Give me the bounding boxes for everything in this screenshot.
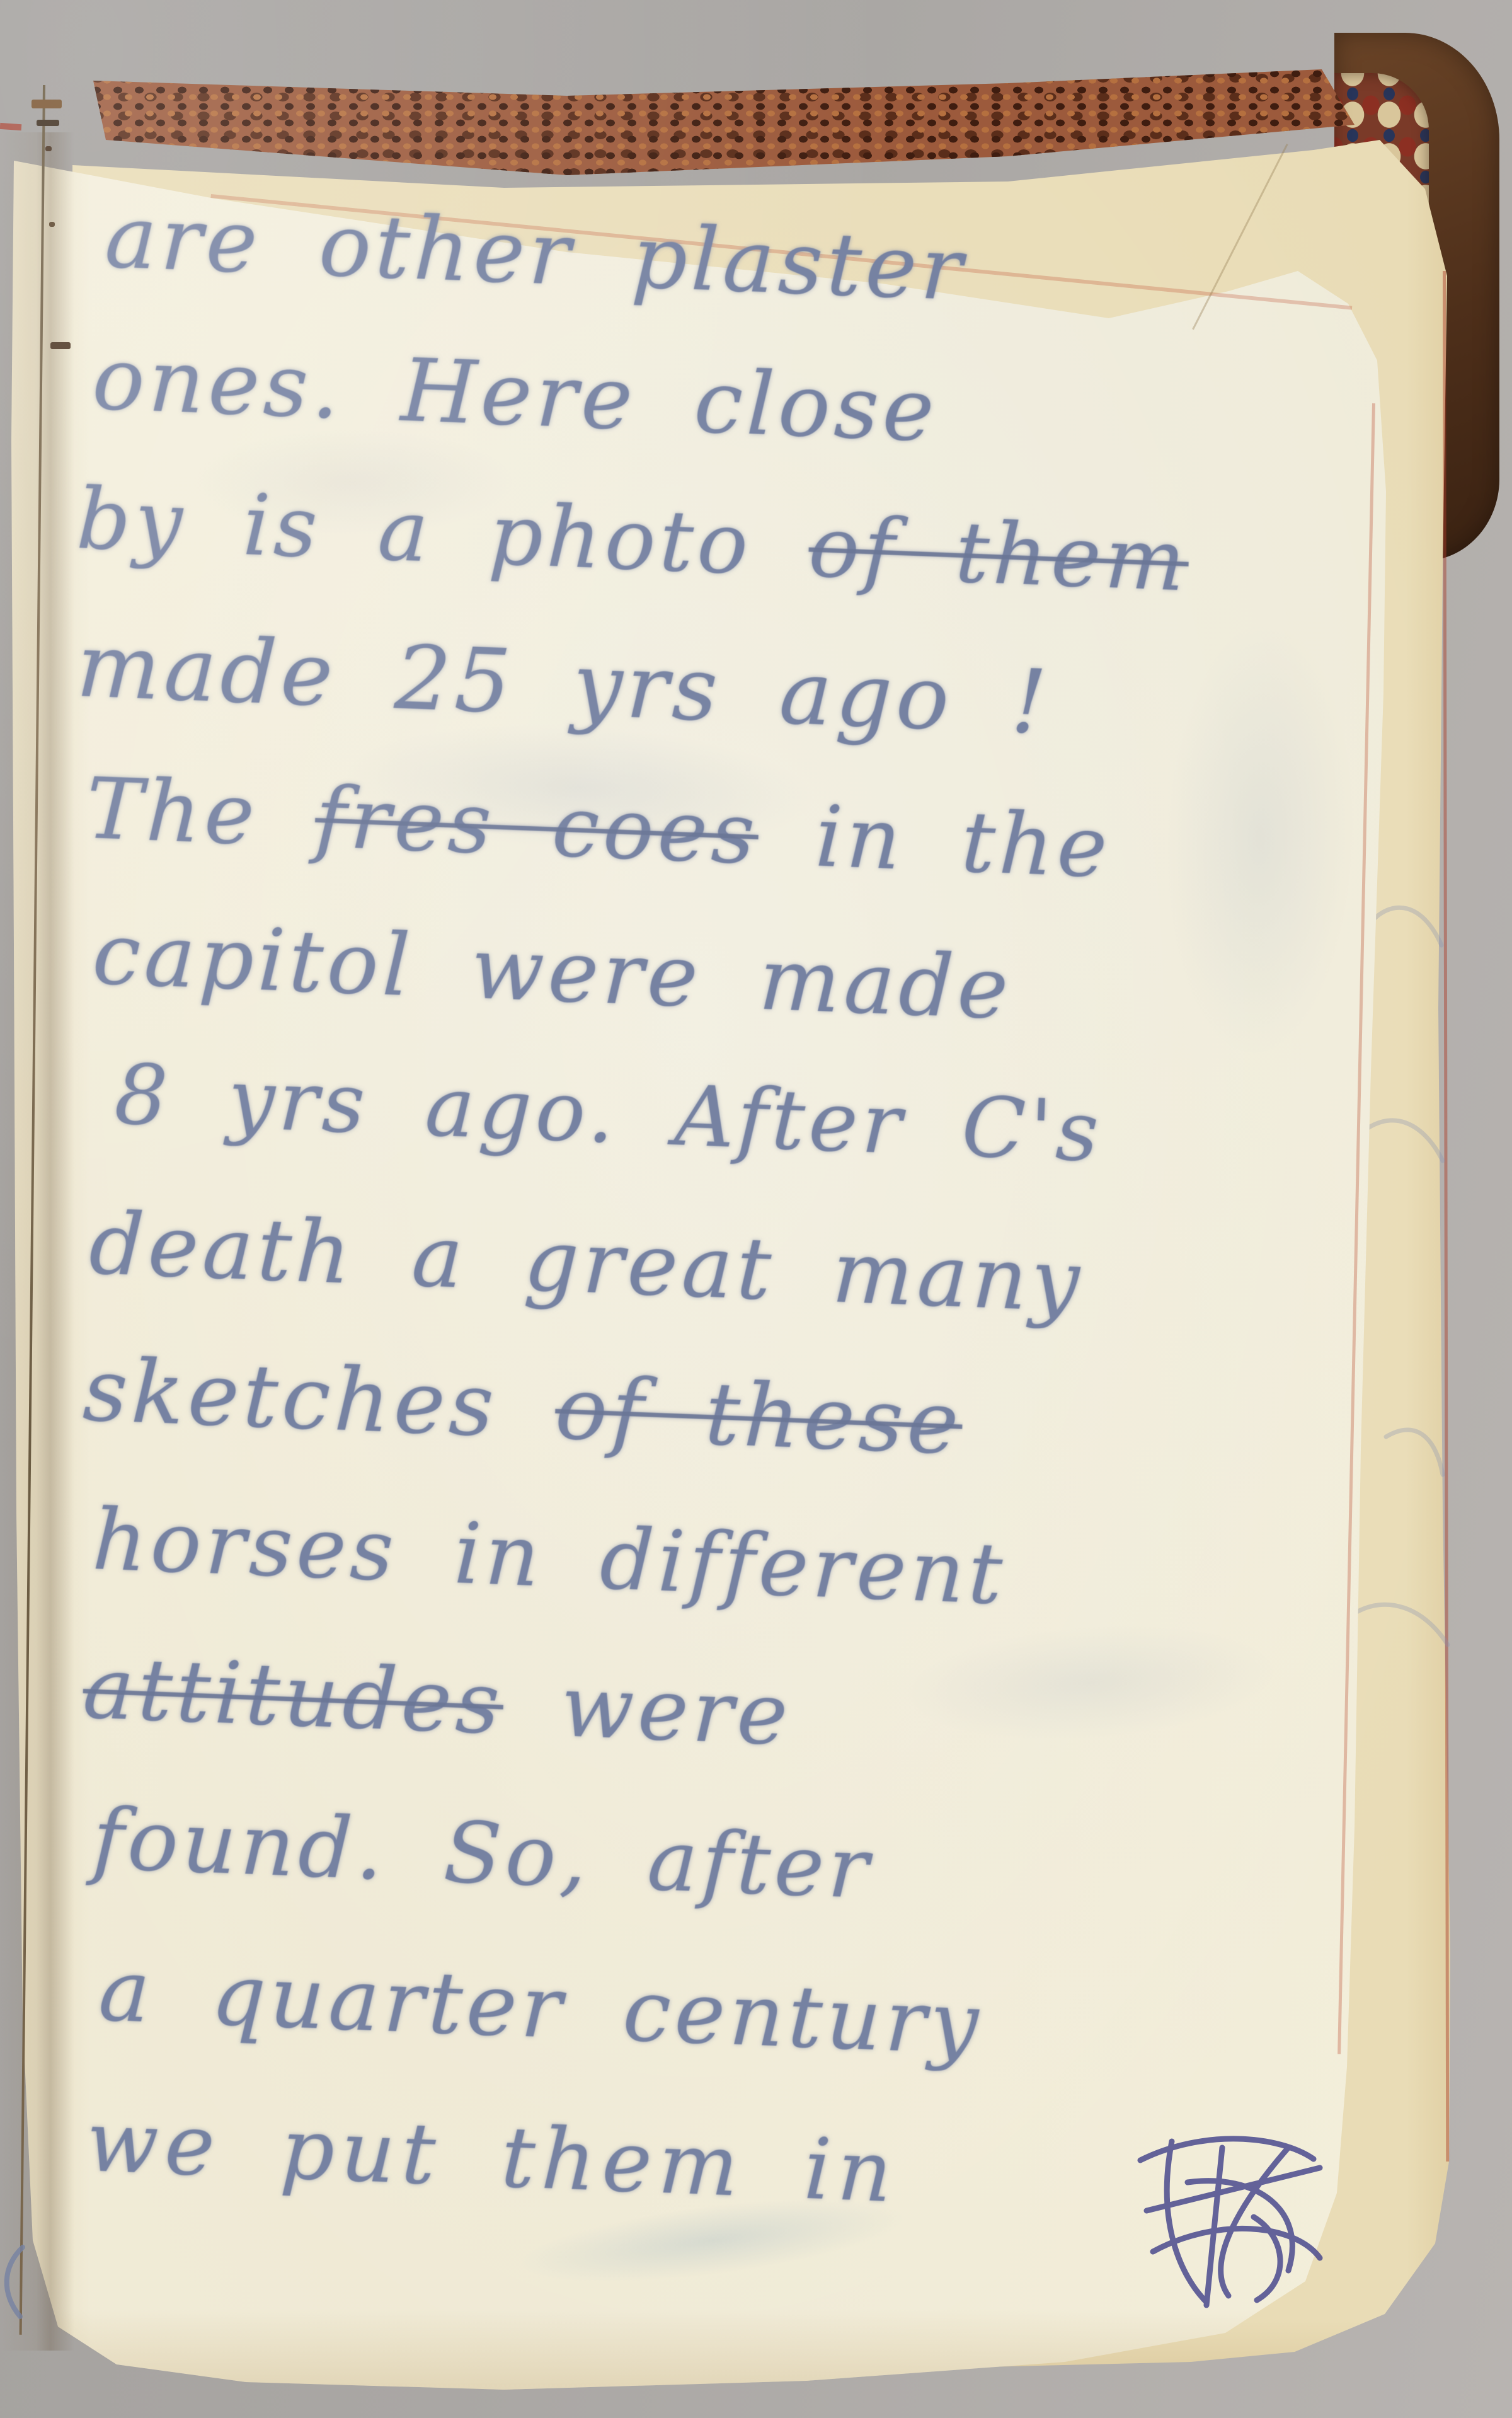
binding-stitch [31,100,62,108]
struck-handwriting-text: of them [807,498,1191,611]
handwriting-text: in the [757,785,1113,897]
struck-handwriting-text: attitudes [81,1638,505,1754]
binding-stitch [49,222,55,227]
struck-handwriting-text: fres coes [313,768,760,884]
red-page-edge-left [0,123,21,130]
binding-stitch [50,342,71,349]
handwriting-text: were [501,1655,793,1765]
handwriting-text: sketches [81,1339,558,1459]
binding-stitch [37,120,59,126]
handwriting-text: The [84,759,317,866]
struck-handwriting-text: of these [553,1357,964,1475]
photograph-of-handwritten-notebook-page: are other plaster ones. Here close by is… [0,0,1512,2418]
stray-pencil-mark [0,2243,28,2322]
binding-stitch [45,146,52,151]
ink-scribble [1128,2122,1336,2311]
